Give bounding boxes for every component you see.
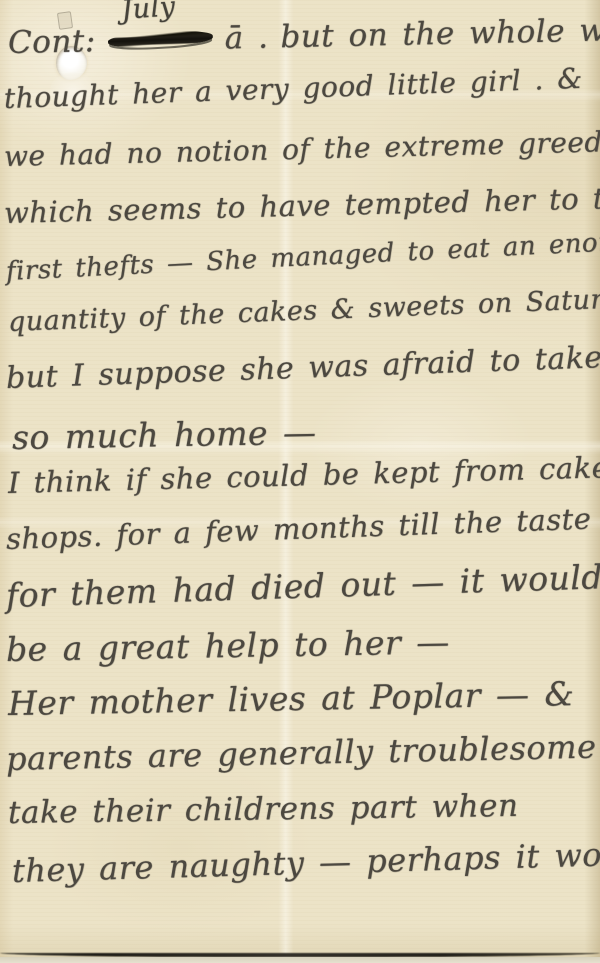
line1-prefix: Cont: — [8, 24, 96, 60]
handwritten-line: parents are generally troublesome & — [6, 729, 600, 777]
handwritten-line: shops. for a few months till the taste — [5, 504, 592, 556]
handwritten-line: for them had died out — it would — [5, 559, 600, 614]
handwritten-line: be a great help to her — — [6, 624, 450, 668]
inserted-word-july: July — [120, 0, 176, 26]
handwritten-line: so much home — — [12, 415, 317, 457]
letter-page: Cont: July ā . but on the whole we thoug… — [0, 0, 600, 963]
line1-mark: ā . — [224, 21, 268, 56]
handwritten-line: we had no notion of the extreme greedine… — [4, 126, 600, 173]
handwritten-line: take their childrens part when — [8, 789, 519, 830]
handwritten-line: but I suppose she was afraid to take — [5, 341, 600, 395]
handwritten-line: quantity of the cakes & sweets on Saturd… — [7, 283, 600, 338]
handwritten-line: they are naughty — perhaps it would — [12, 836, 600, 889]
handwritten-line: I think if she could be kept from cake — [8, 452, 600, 500]
handwritten-line: which seems to have tempted her to the — [4, 182, 600, 229]
handwritten-line: Cont: July ā . but on the whole we — [8, 13, 600, 60]
line1-text: but on the whole we — [280, 13, 600, 54]
handwritten-line: Her mother lives at Poplar — & — [8, 676, 575, 722]
scan-edge-strip — [0, 957, 600, 963]
scribble-strikethrough — [107, 29, 213, 50]
crossed-out-word: July — [107, 27, 212, 53]
handwritten-line: first thefts — She managed to eat an eno… — [5, 225, 600, 287]
handwritten-line: thought her a very good little girl . & — [3, 64, 583, 115]
